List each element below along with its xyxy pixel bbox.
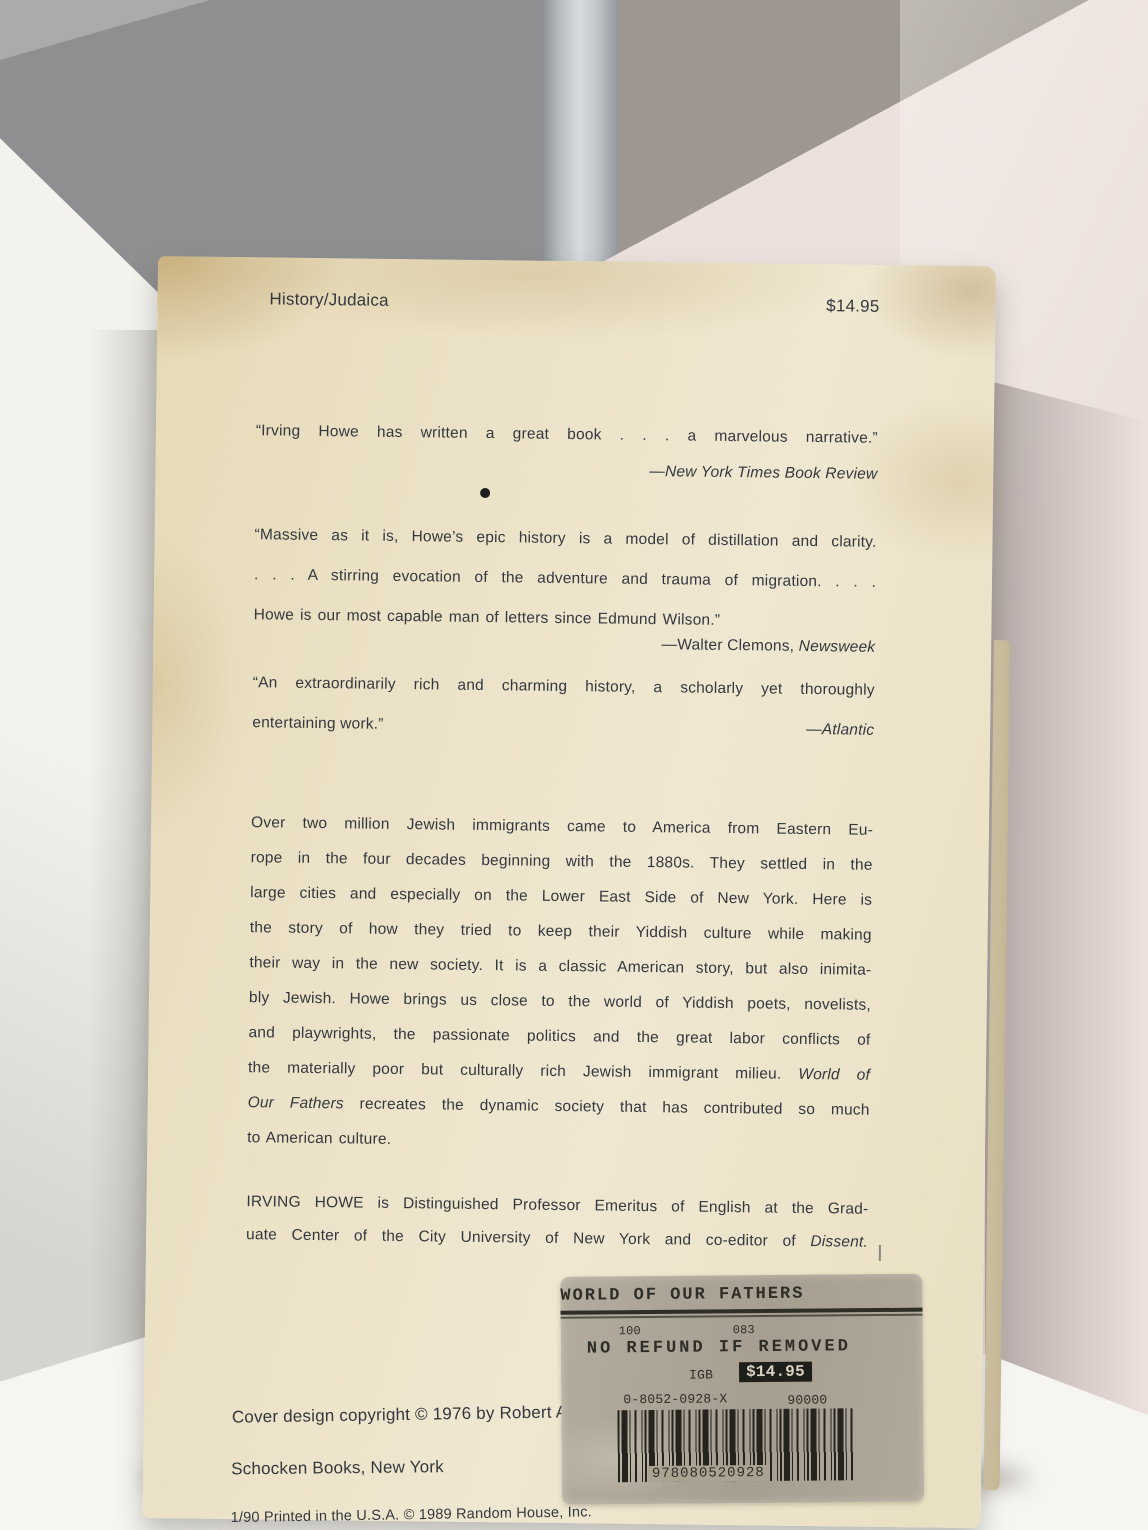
quote-attribution: —New York Times Book Review: [255, 455, 877, 487]
quote-text: entertaining work.”: [252, 703, 384, 745]
review-quote-atlantic: “An extraordinarily rich and charming hi…: [252, 663, 875, 751]
sticker-rule-thin: [561, 1314, 923, 1319]
sticker-title: WORLD OF OUR FATHERS: [560, 1284, 922, 1306]
quote-text: “Irving Howe has written a great book . …: [256, 419, 878, 451]
italic-text-segment: Dissent.: [810, 1233, 868, 1251]
quote-last-row: entertaining work.” —Atlantic: [252, 703, 874, 751]
header-row: History/Judaica $14.95: [257, 289, 879, 317]
sticker-code-left: 100: [619, 1324, 641, 1338]
text-segment: recreates the dynamic society that has c…: [344, 1095, 870, 1118]
photo-book-back-cover: { "back_cover": { "category": "History/J…: [0, 0, 1148, 1530]
sticker-code-right: 083: [733, 1323, 755, 1337]
text-segment: the materially poor but culturally rich …: [248, 1059, 798, 1083]
text-segment: uate Center of the City University of Ne…: [246, 1226, 811, 1250]
sticker-store-code: IGB: [689, 1367, 713, 1382]
book-cast-shadow-right: [985, 380, 1148, 1420]
sticker-price: $14.95: [739, 1362, 812, 1383]
quote-attribution: —Atlantic: [806, 710, 875, 751]
price-sticker: WORLD OF OUR FATHERS 100 083 NO REFUND I…: [560, 1274, 924, 1505]
attribution-name: —Walter Clemons,: [661, 636, 798, 655]
review-quote-newsweek: “Massive as it is, Howe’s epic history i…: [253, 515, 876, 643]
sticker-warning: NO REFUND IF REMOVED: [587, 1337, 851, 1358]
category-label: History/Judaica: [269, 289, 388, 310]
review-quote-nyt: “Irving Howe has written a great book . …: [255, 419, 878, 487]
attribution-source: Newsweek: [799, 638, 876, 656]
italic-text-segment: Our Fathers: [248, 1094, 344, 1112]
book-back-cover: History/Judaica $14.95 “Irving Howe has …: [143, 256, 996, 1528]
text-line: uate Center of the City University of Ne…: [246, 1218, 868, 1259]
printing-dot: [480, 488, 490, 498]
author-bio: IRVING HOWE is Distinguished Professor E…: [246, 1185, 869, 1259]
italic-text-segment: World of: [798, 1066, 870, 1084]
barcode-number: 978080520928: [648, 1465, 769, 1482]
cover-price: $14.95: [826, 296, 879, 317]
publisher-line: Schocken Books, New York: [231, 1457, 444, 1479]
pen-mark: [879, 1245, 881, 1261]
sticker-isbn: 0-8052-0928-X: [623, 1391, 727, 1407]
synopsis: Over two million Jewish immigrants came …: [247, 805, 873, 1163]
cover-design-credit: Cover design copyright © 1976 by Robert …: [232, 1402, 568, 1427]
sticker-price-code: 90000: [787, 1392, 827, 1407]
